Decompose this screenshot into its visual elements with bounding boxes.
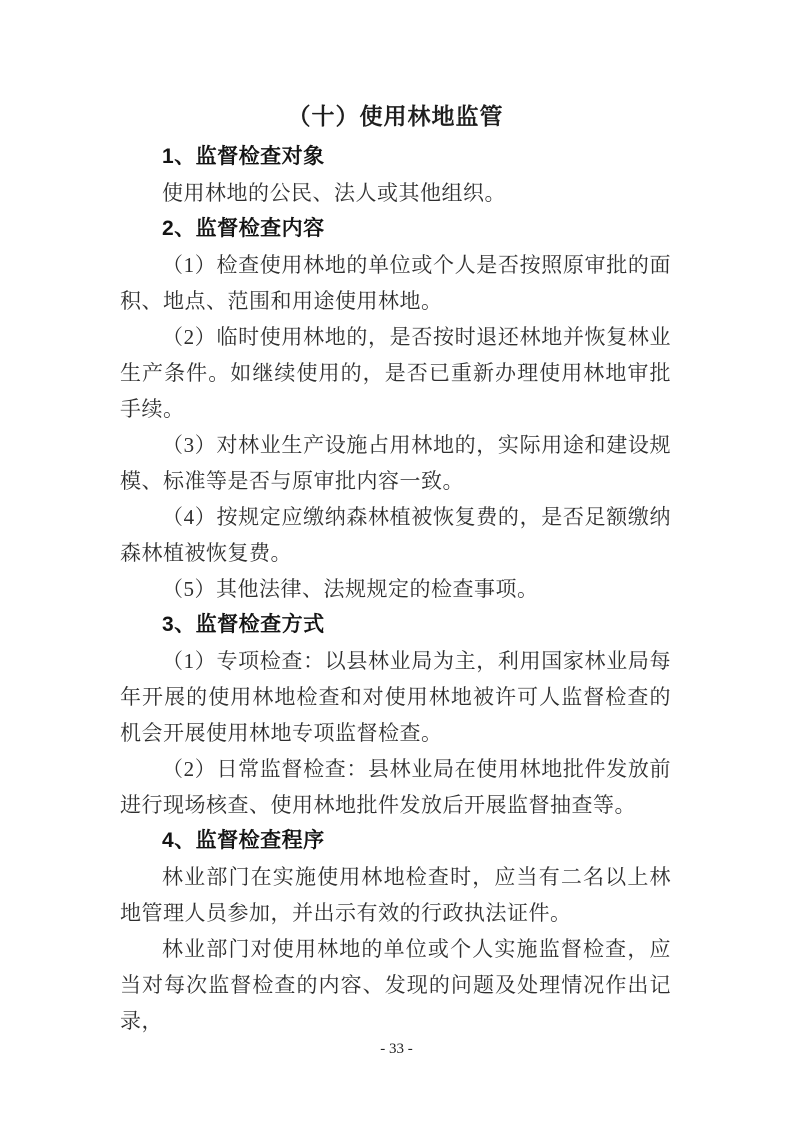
section-4-paragraph-1: 林业部门在实施使用林地检查时，应当有二名以上林地管理人员参加，并出示有效的行政执… [120, 859, 671, 931]
page-number: - 33 - [0, 1040, 793, 1058]
section-2-heading: 2、监督检查内容 [120, 211, 671, 247]
section-supervision-targets: 1、监督检查对象 使用林地的公民、法人或其他组织。 [120, 139, 671, 211]
section-2-paragraph-5: （5）其他法律、法规规定的检查事项。 [120, 571, 671, 607]
section-1-paragraph-1: 使用林地的公民、法人或其他组织。 [120, 175, 671, 211]
document-title: （十）使用林地监管 [120, 97, 671, 137]
section-supervision-procedure: 4、监督检查程序 林业部门在实施使用林地检查时，应当有二名以上林地管理人员参加，… [120, 823, 671, 1039]
section-2-paragraph-4: （4）按规定应缴纳森林植被恢复费的，是否足额缴纳森林植被恢复费。 [120, 499, 671, 571]
page-content: （十）使用林地监管 1、监督检查对象 使用林地的公民、法人或其他组织。 2、监督… [120, 0, 671, 1039]
section-3-heading: 3、监督检查方式 [120, 607, 671, 643]
section-2-paragraph-1: （1）检查使用林地的单位或个人是否按照原审批的面积、地点、范围和用途使用林地。 [120, 247, 671, 319]
section-3-paragraph-2: （2）日常监督检查：县林业局在使用林地批件发放前进行现场核查、使用林地批件发放后… [120, 751, 671, 823]
section-4-heading: 4、监督检查程序 [120, 823, 671, 859]
section-supervision-content: 2、监督检查内容 （1）检查使用林地的单位或个人是否按照原审批的面积、地点、范围… [120, 211, 671, 607]
section-3-paragraph-1: （1）专项检查：以县林业局为主，利用国家林业局每年开展的使用林地检查和对使用林地… [120, 643, 671, 751]
section-1-heading: 1、监督检查对象 [120, 139, 671, 175]
section-2-paragraph-2: （2）临时使用林地的，是否按时退还林地并恢复林业生产条件。如继续使用的，是否已重… [120, 319, 671, 427]
document-page: （十）使用林地监管 1、监督检查对象 使用林地的公民、法人或其他组织。 2、监督… [0, 0, 793, 1122]
section-supervision-methods: 3、监督检查方式 （1）专项检查：以县林业局为主，利用国家林业局每年开展的使用林… [120, 607, 671, 823]
section-2-paragraph-3: （3）对林业生产设施占用林地的，实际用途和建设规模、标准等是否与原审批内容一致。 [120, 427, 671, 499]
section-4-paragraph-2: 林业部门对使用林地的单位或个人实施监督检查，应当对每次监督检查的内容、发现的问题… [120, 931, 671, 1039]
